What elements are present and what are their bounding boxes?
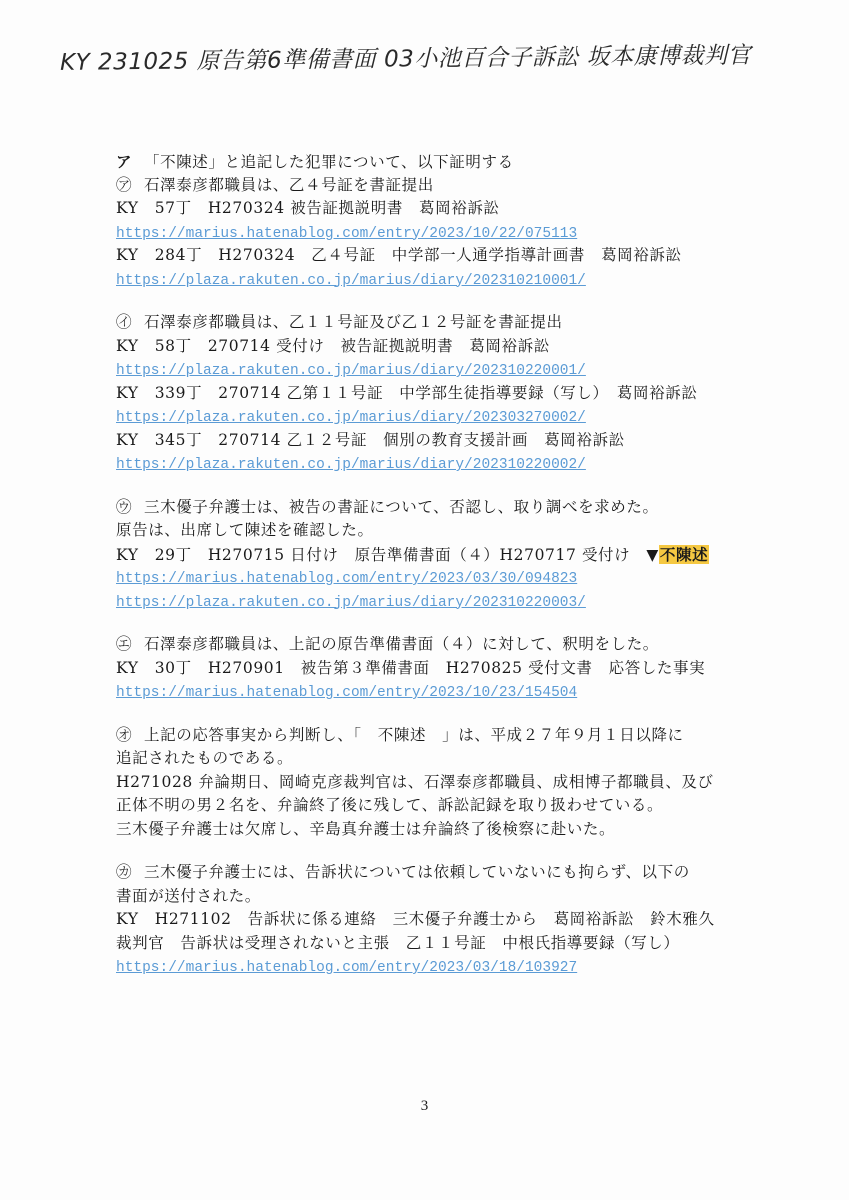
item-text-cont: 原告は、出席して陳述を確認した。 [116,519,796,543]
url-link[interactable]: https://plaza.rakuten.co.jp/marius/diary… [116,592,586,616]
circled-marker: ㋐ [116,174,144,198]
url-link[interactable]: https://plaza.rakuten.co.jp/marius/diary… [116,407,586,431]
url-link[interactable]: https://marius.hatenablog.com/entry/2023… [116,223,577,247]
paragraph-line: KY H271102 告訴状に係る連絡 三木優子弁護士から 葛岡裕訴訟 鈴木雅久 [116,908,796,932]
reference-text: KY 29丁 H270715 日付け 原告準備書面（４）H270717 受付け … [116,546,659,564]
item-4: ㋓石澤泰彦都職員は、上記の原告準備書面（４）に対して、釈明をした。 [116,633,796,657]
item-text: 石澤泰彦都職員は、乙１１号証及び乙１２号証を書証提出 [144,313,563,331]
item-text: 石澤泰彦都職員は、乙４号証を書証提出 [144,176,434,194]
circled-marker: ㋓ [116,633,144,657]
section-heading: ア「不陳述」と追記した犯罪について、以下証明する [116,150,796,174]
circled-marker: ㋕ [116,861,144,885]
url-link[interactable]: https://plaza.rakuten.co.jp/marius/diary… [116,270,586,294]
circled-marker: ㋒ [116,496,144,520]
reference-line: KY 345丁 270714 乙１２号証 個別の教育支援計画 葛岡裕訴訟 [116,429,796,453]
url-link[interactable]: https://plaza.rakuten.co.jp/marius/diary… [116,360,586,384]
item-1: ㋐石澤泰彦都職員は、乙４号証を書証提出 [116,174,796,198]
highlighted-text: 不陳述 [659,545,709,564]
paragraph-line: 裁判官 告訴状は受理されないと主張 乙１１号証 中根氏指導要録（写し） [116,932,796,956]
item-text: 三木優子弁護士は、被告の書証について、否認し、取り調べを求めた。 [144,498,659,516]
item-text: 石澤泰彦都職員は、上記の原告準備書面（４）に対して、釈明をした。 [144,635,659,653]
reference-line: KY 339丁 270714 乙第１１号証 中学部生徒指導要録（写し） 葛岡裕訴… [116,382,796,406]
paragraph-line: 書面が送付された。 [116,885,796,909]
url-link[interactable]: https://plaza.rakuten.co.jp/marius/diary… [116,454,586,478]
reference-line: KY 29丁 H270715 日付け 原告準備書面（４）H270717 受付け … [116,543,796,567]
paragraph-line: 追記されたものである。 [116,747,796,771]
heading-text: 「不陳述」と追記した犯罪について、以下証明する [144,153,514,171]
url-link[interactable]: https://marius.hatenablog.com/entry/2023… [116,682,577,706]
reference-line: KY 57丁 H270324 被告証拠説明書 葛岡裕訴訟 [116,197,796,221]
item-6: ㋕三木優子弁護士には、告訴状については依頼していないにも拘らず、以下の [116,861,796,885]
reference-line: KY 284丁 H270324 乙４号証 中学部一人通学指導計画書 葛岡裕訴訟 [116,244,796,268]
item-2: ㋑石澤泰彦都職員は、乙１１号証及び乙１２号証を書証提出 [116,311,796,335]
paragraph-line: 正体不明の男２名を、弁論終了後に残して、訴訟記録を取り扱わせている。 [116,794,796,818]
circled-marker: ㋑ [116,311,144,335]
handwritten-title: KY 231025 原告第6準備書面 03小池百合子訴訟 坂本康博裁判官 [60,36,800,77]
heading-marker: ア [116,150,144,174]
reference-line: KY 30丁 H270901 被告第３準備書面 H270825 受付文書 応答し… [116,657,796,681]
item-3: ㋒三木優子弁護士は、被告の書証について、否認し、取り調べを求めた。 [116,496,796,520]
reference-line: KY 58丁 270714 受付け 被告証拠説明書 葛岡裕訴訟 [116,335,796,359]
item-5: ㋔上記の応答事実から判断し、「 不陳述 」は、平成２７年９月１日以降に [116,724,796,748]
url-link[interactable]: https://marius.hatenablog.com/entry/2023… [116,957,577,981]
circled-marker: ㋔ [116,724,144,748]
document-body: ア「不陳述」と追記した犯罪について、以下証明する ㋐石澤泰彦都職員は、乙４号証を… [116,150,796,979]
page-number: 3 [0,1098,849,1115]
paragraph-line: 三木優子弁護士は欠席し、辛島真弁護士は弁論終了後検察に赴いた。 [116,818,796,842]
paragraph-line: H271028 弁論期日、岡崎克彦裁判官は、石澤泰彦都職員、成相博子都職員、及び [116,771,796,795]
url-link[interactable]: https://marius.hatenablog.com/entry/2023… [116,568,577,592]
item-text: 三木優子弁護士には、告訴状については依頼していないにも拘らず、以下の [144,863,690,881]
item-text: 上記の応答事実から判断し、「 不陳述 」は、平成２７年９月１日以降に [144,726,684,744]
